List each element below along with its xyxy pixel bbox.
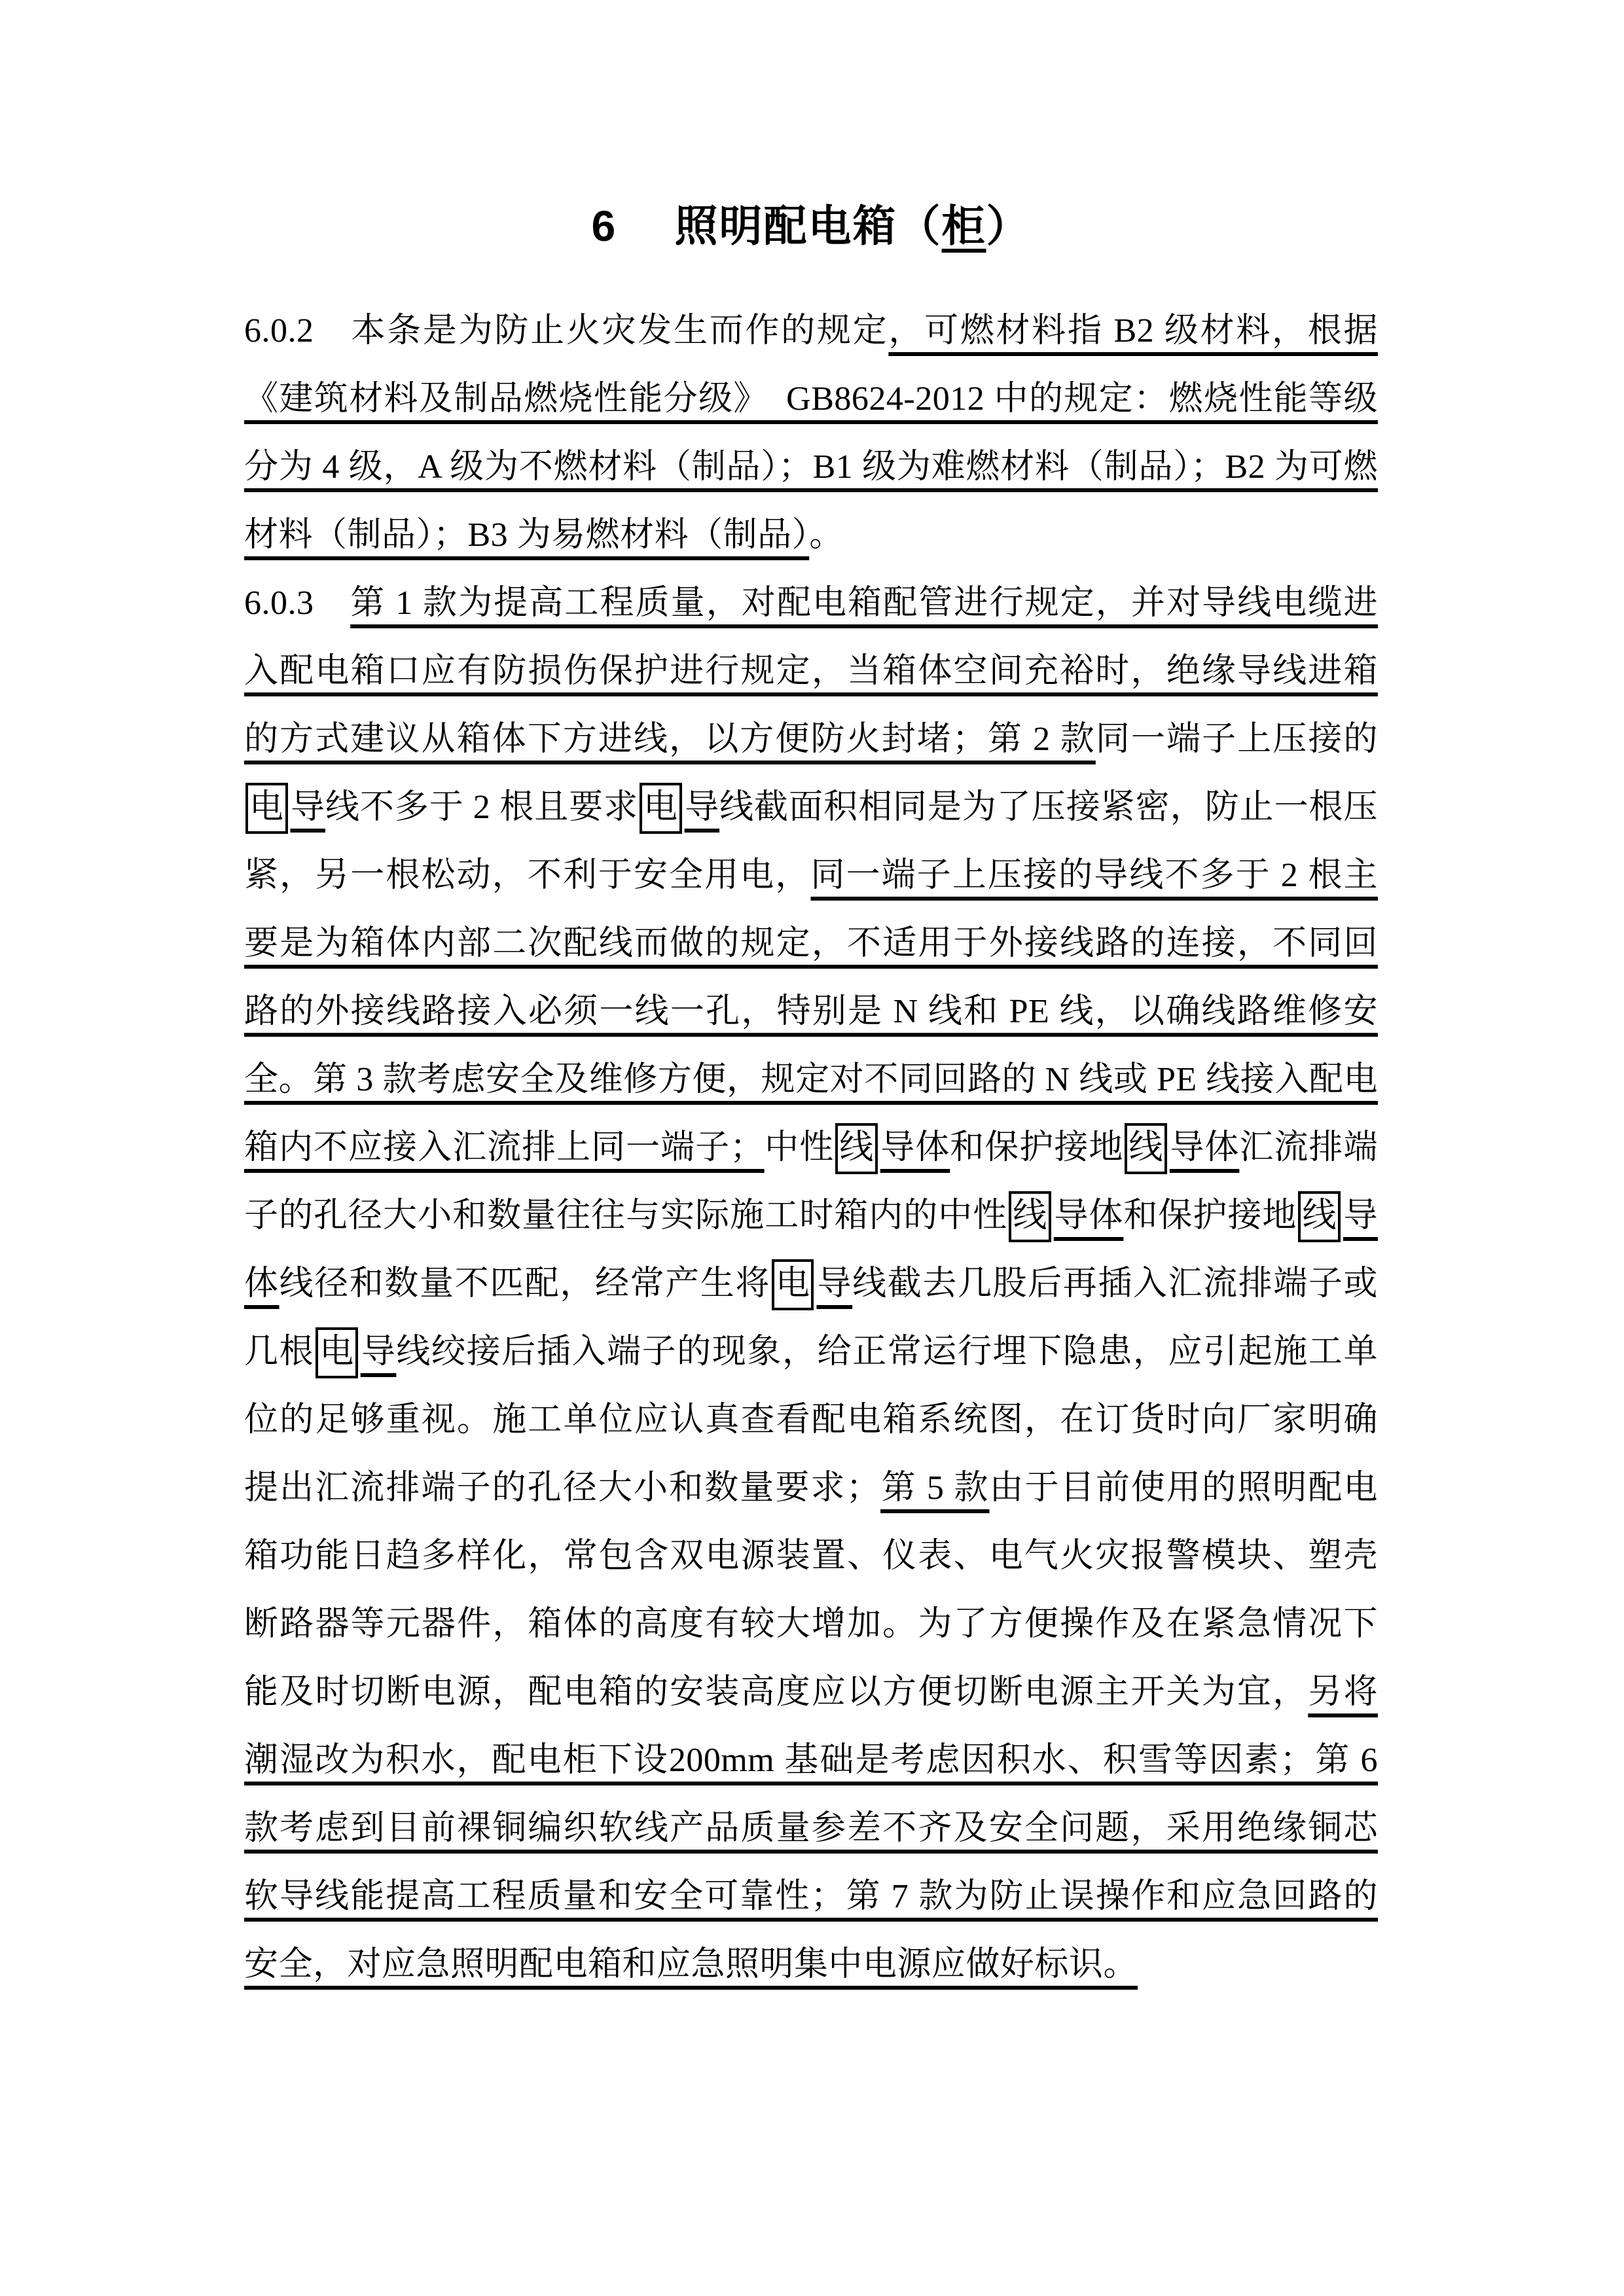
inserted-text: 导体 — [880, 1129, 950, 1166]
inserted-text: 导 — [361, 1333, 397, 1371]
deleted-char-box: 线 — [1009, 1191, 1051, 1242]
text-run: 线径和数量不匹配，经常产生将 — [280, 1265, 770, 1302]
text-run: 和保护接地 — [1123, 1197, 1297, 1234]
deleted-char-box: 电 — [640, 783, 682, 834]
inserted-text: 导 — [685, 789, 719, 826]
inserted-text: 第 5 款 — [880, 1469, 989, 1507]
section-title: 6 照明配电箱（柜） — [244, 196, 1378, 255]
inserted-text: 导 — [291, 789, 325, 826]
document-page: 6 照明配电箱（柜） 6.0.2 本条是为防止火灾发生而作的规定，可燃材料指 B… — [0, 0, 1624, 2296]
document-content: 6 照明配电箱（柜） 6.0.2 本条是为防止火灾发生而作的规定，可燃材料指 B… — [244, 0, 1378, 1999]
deleted-char-box: 电 — [316, 1327, 358, 1378]
inserted-text: 另将潮湿改为积水，配电柜下设200mm 基础是考虑因积水、积雪等因素；第 6 款… — [244, 1674, 1378, 1983]
deleted-char-box: 线 — [835, 1123, 878, 1174]
text-run: ） — [986, 202, 1031, 250]
text-run: 中性 — [765, 1129, 835, 1166]
inserted-text: 导体 — [1054, 1197, 1124, 1234]
text-run: 同一端子上压接的 — [1096, 721, 1378, 758]
text-run: 6.0.3 — [244, 584, 350, 622]
inserted-text: 同一端子上压接的导线不多于 2 根主要是为箱体内部二次配线而做的规定，不适用于外… — [244, 857, 1378, 1166]
inserted-text: 导体 — [1170, 1129, 1240, 1166]
paragraph-6-0-3: 6.0.3 第 1 款为提高工程质量，对配电箱配管进行规定，并对导线电缆进入配电… — [244, 569, 1378, 1999]
inserted-text: 柜 — [942, 202, 986, 250]
text-run: 线不多于 2 根且要求 — [325, 789, 638, 826]
paragraph-6-0-2: 6.0.2 本条是为防止火灾发生而作的规定，可燃材料指 B2 级材料，根据《建筑… — [244, 297, 1378, 569]
deleted-char-box: 线 — [1125, 1123, 1167, 1174]
inserted-text: 导 — [816, 1265, 852, 1302]
text-run: 和保护接地 — [950, 1129, 1123, 1166]
text-run: 。 — [809, 516, 844, 554]
deleted-char-box: 电 — [772, 1259, 814, 1310]
text-run: 6 照明配电箱（ — [591, 202, 941, 250]
text-run: 6.0.2 本条是为防止火灾发生而作的规定 — [244, 312, 888, 350]
deleted-char-box: 电 — [245, 783, 288, 834]
deleted-char-box: 线 — [1298, 1191, 1341, 1242]
